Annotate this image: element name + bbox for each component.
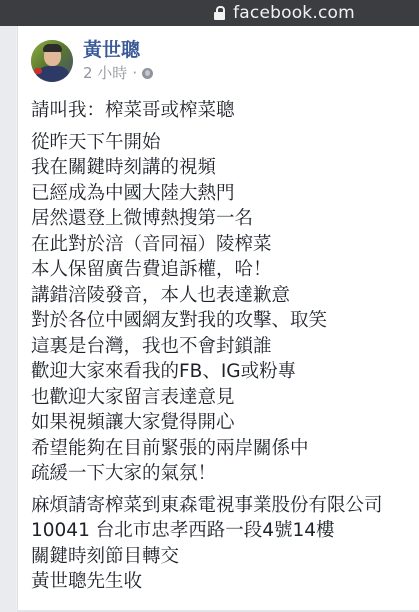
avatar[interactable]	[31, 40, 73, 82]
post-paragraph: 麻煩請寄榨菜到東森電視事業股份有限公司 10041 台北市忠孝西路一段4號14樓…	[31, 493, 383, 595]
post-line: 這裏是台灣，我也不會封鎖誰	[31, 334, 383, 360]
page-background-strip	[0, 26, 16, 612]
post-line: 也歡迎大家留言表達意見	[31, 385, 383, 411]
browser-url-bar[interactable]: facebook.com	[0, 0, 419, 26]
post-paragraph: 從昨天下午開始 我在關鍵時刻講的視頻 已經成為中國大陸大熱門 居然還登上微博熱搜…	[31, 130, 383, 487]
post-line: 我在關鍵時刻講的視頻	[31, 155, 383, 181]
post-paragraph: 請叫我：榨菜哥或榨菜聰	[31, 98, 383, 124]
globe-icon[interactable]	[142, 68, 153, 79]
post-line: 講錯涪陵發音，本人也表達歉意	[31, 283, 383, 309]
post-line: 黃世聰先生收	[31, 569, 383, 595]
post-line: 在此對於涪（音同福）陵榨菜	[31, 232, 383, 258]
facebook-post: 黃世聰 2 小時 · 請叫我：榨菜哥或榨菜聰 從昨天下午開始 我在關鍵時刻講的視…	[17, 26, 419, 610]
post-line: 對於各位中國網友對我的攻擊、取笑	[31, 308, 383, 334]
post-line: 從昨天下午開始	[31, 130, 383, 156]
post-body: 請叫我：榨菜哥或榨菜聰 從昨天下午開始 我在關鍵時刻講的視頻 已經成為中國大陸大…	[31, 98, 383, 601]
post-line: 希望能夠在目前緊張的兩岸關係中	[31, 436, 383, 462]
post-line: 居然還登上微博熱搜第一名	[31, 206, 383, 232]
post-line: 請叫我：榨菜哥或榨菜聰	[31, 98, 383, 124]
post-timestamp[interactable]: 2 小時	[83, 63, 127, 83]
post-line: 已經成為中國大陸大熱門	[31, 181, 383, 207]
post-line: 本人保留廣告費追訴權，哈！	[31, 257, 383, 283]
post-line: 麻煩請寄榨菜到東森電視事業股份有限公司	[31, 493, 383, 519]
meta-separator: ·	[132, 63, 137, 83]
post-line: 疏緩一下大家的氣氛！	[31, 461, 383, 487]
post-line: 歡迎大家來看我的FB、IG或粉專	[31, 359, 383, 385]
post-line: 如果視頻讓大家覺得開心	[31, 410, 383, 436]
author-name[interactable]: 黃世聰	[83, 38, 153, 62]
url-text[interactable]: facebook.com	[233, 3, 355, 23]
lock-icon	[214, 6, 225, 20]
post-line: 關鍵時刻節目轉交	[31, 544, 383, 570]
post-line: 10041 台北市忠孝西路一段4號14樓	[31, 518, 383, 544]
post-header: 黃世聰 2 小時 ·	[31, 40, 153, 83]
post-meta: 2 小時 ·	[83, 63, 153, 83]
